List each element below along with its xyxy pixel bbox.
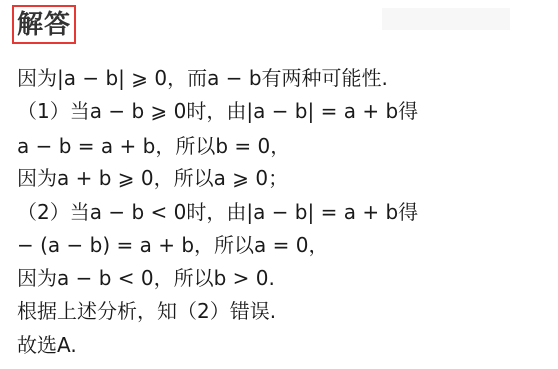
- solution-line-1: 因为|a − b| ⩾ 0，而a − b有两种可能性.: [17, 66, 388, 90]
- solution-line-7: 因为a − b < 0，所以b > 0.: [17, 266, 275, 290]
- solution-line-5: （2）当a − b < 0时，由|a − b| = a + b得: [17, 200, 418, 224]
- answer-heading-box: 解答: [12, 5, 76, 44]
- solution-line-9: 故选A.: [17, 333, 77, 357]
- solution-line-4: 因为a + b ⩾ 0，所以a ⩾ 0；: [17, 166, 288, 190]
- answer-heading: 解答: [17, 12, 71, 38]
- background-smudge: [382, 8, 510, 30]
- solution-line-2: （1）当a − b ⩾ 0时，由|a − b| = a + b得: [17, 99, 418, 123]
- solution-line-8: 根据上述分析，知（2）错误.: [17, 299, 276, 323]
- solution-line-6: − (a − b) = a + b，所以a = 0，: [17, 233, 329, 257]
- solution-line-3: a − b = a + b，所以b = 0，: [17, 134, 290, 158]
